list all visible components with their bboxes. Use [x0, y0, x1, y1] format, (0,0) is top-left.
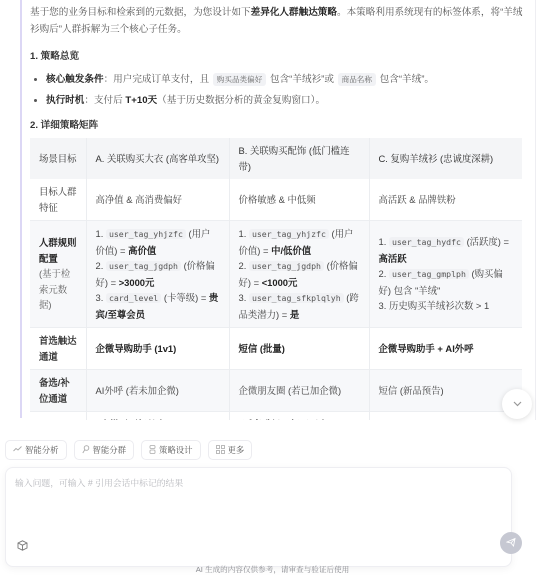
tag-code: user_tag_yhjzfc — [249, 229, 329, 239]
tag-code: user_tag_jgdph — [106, 261, 181, 271]
tag-code: user_tag_gmplph — [389, 269, 469, 279]
chip-smart-segmentation[interactable]: 智能分群 — [74, 440, 135, 460]
send-icon — [506, 534, 516, 552]
field-tag: 商品名称 — [338, 73, 376, 86]
tag-code: user_tag_yhjzfc — [106, 229, 186, 239]
chat-input-box[interactable]: 输入问题，可输入 # 引用会话中标记的结果 — [5, 467, 512, 567]
row-label: 首选触达通道 — [30, 328, 86, 370]
table-row: 人群规则配置 (基于检索元数据) 1. user_tag_yhjzfc (用户价… — [30, 221, 522, 328]
table-row: 首选触达通道 企微导购助手 (1v1) 短信 (批量) 企微导购助手 + AI外… — [30, 328, 522, 370]
table-cell: “内搭需要好外套”强调羊绒衫与大衣的材质匹配度，提供专属搭配Lookbook。 — [86, 412, 229, 421]
table-cell: 企微导购助手 + AI外呼 — [369, 328, 522, 370]
overview-list: 核心触发条件：用户完成订单支付，且 购买品类偏好 包含“羊绒衫”或 商品名称 包… — [30, 71, 524, 109]
table-row: 核心话术/利益点 “内搭需要好外套”强调羊绒衫与大衣的材质匹配度，提供专属搭配L… — [30, 412, 522, 421]
table-cell: 高净值 & 高消费偏好 — [86, 179, 229, 221]
list-item-timing: 执行时机：支付后 T+10天（基于历史数据分析的黄金复购窗口）。 — [46, 92, 524, 109]
message-content: 基于您的业务目标和检索到的元数据，为您设计如下差异化人群触达策略。本策略利用系统… — [30, 4, 524, 420]
chat-input-placeholder[interactable]: 输入问题，可输入 # 引用会话中标记的结果 — [15, 476, 183, 489]
chip-strategy-design[interactable]: 策略设计 — [141, 440, 201, 460]
trend-chart-icon — [13, 445, 22, 455]
table-header: C. 复购羊绒衫 (忠诚度深耕) — [369, 138, 522, 179]
section-title-overview: 1. 策略总览 — [30, 48, 524, 65]
tag-code: user_tag_sfkplqlyh — [249, 293, 344, 303]
row-label: 人群规则配置 (基于检索元数据) — [30, 221, 86, 328]
table-row: 备选/补位通道 AI外呼 (若未加企微) 企微朋友圈 (若已加企微) 短信 (新… — [30, 370, 522, 412]
assistant-message: 基于您的业务目标和检索到的元数据，为您设计如下差异化人群触达策略。本策略利用系统… — [4, 0, 536, 420]
table-cell: 企微朋友圈 (若已加企微) — [229, 370, 369, 412]
table-cell: AI外呼 (若未加企微) — [86, 370, 229, 412]
table-cell: 企微导购助手 (1v1) — [86, 328, 229, 370]
table-cell: 1. user_tag_yhjzfc (用户价值) = 高价值 2. user_… — [86, 221, 229, 328]
row-label: 目标人群特征 — [30, 179, 86, 221]
table-cell: 高活跃 & 品牌铁粉 — [369, 179, 522, 221]
table-cell: “经典焕新，专属预留”告知同款新色或升级版型上市，强调“老客优先购”权益 — [369, 412, 522, 421]
row-label: 备选/补位通道 — [30, 370, 86, 412]
chip-smart-analysis[interactable]: 智能分析 — [5, 440, 67, 460]
table-header: 场景目标 — [30, 138, 86, 179]
quick-action-chips: 智能分析 智能分群 策略设计 更多 — [5, 440, 252, 460]
row-label: 核心话术/利益点 — [30, 412, 86, 421]
table-header: B. 关联购买配饰 (低门槛连带) — [229, 138, 369, 179]
field-tag: 购买品类偏好 — [213, 73, 267, 86]
tag-code: user_tag_hydfc — [389, 237, 464, 247]
tag-code: card_level — [106, 293, 161, 303]
table-cell: 短信 (新品预告) — [369, 370, 522, 412]
strategy-matrix-table: 场景目标 A. 关联购买大衣 (高客单攻坚) B. 关联购买配饰 (低门槛连带)… — [30, 138, 522, 420]
intro-paragraph: 基于您的业务目标和检索到的元数据，为您设计如下差异化人群触达策略。本策略利用系统… — [30, 4, 524, 38]
cube-icon[interactable] — [17, 538, 27, 548]
table-cell: 短信 (批量) — [229, 328, 369, 370]
table-header-row: 场景目标 A. 关联购买大衣 (高客单攻坚) B. 关联购买配饰 (低门槛连带)… — [30, 138, 522, 179]
tag-code: user_tag_jgdph — [249, 261, 324, 271]
table-cell: 1. user_tag_yhjzfc (用户价值) = 中/低价值 2. use… — [229, 221, 369, 328]
strategy-icon — [149, 445, 156, 456]
grid-more-icon — [216, 445, 225, 456]
message-accent-bar — [20, 0, 22, 418]
send-button[interactable] — [500, 532, 522, 554]
chip-more[interactable]: 更多 — [208, 440, 253, 460]
list-item-trigger: 核心触发条件：用户完成订单支付，且 购买品类偏好 包含“羊绒衫”或 商品名称 包… — [46, 71, 524, 88]
user-search-icon — [82, 445, 90, 456]
section-title-matrix: 2. 详细策略矩阵 — [30, 117, 524, 134]
table-header: A. 关联购买大衣 (高客单攻坚) — [86, 138, 229, 179]
table-cell: “暖意升级，好而不贵”推荐同色系围巾/手套，强调百元级凑单神器，无压力入手。 — [229, 412, 369, 421]
chevron-down-icon — [513, 399, 522, 410]
ai-disclaimer: AI 生成的内容仅供参考，请审查与验证后使用 — [0, 564, 545, 575]
table-cell: 价格敏感 & 中低频 — [229, 179, 369, 221]
scroll-to-bottom-button[interactable] — [502, 389, 532, 419]
table-cell: 1. user_tag_hydfc (活跃度) = 高活跃 2. user_ta… — [369, 221, 522, 328]
table-row: 目标人群特征 高净值 & 高消费偏好 价格敏感 & 中低频 高活跃 & 品牌铁粉 — [30, 179, 522, 221]
